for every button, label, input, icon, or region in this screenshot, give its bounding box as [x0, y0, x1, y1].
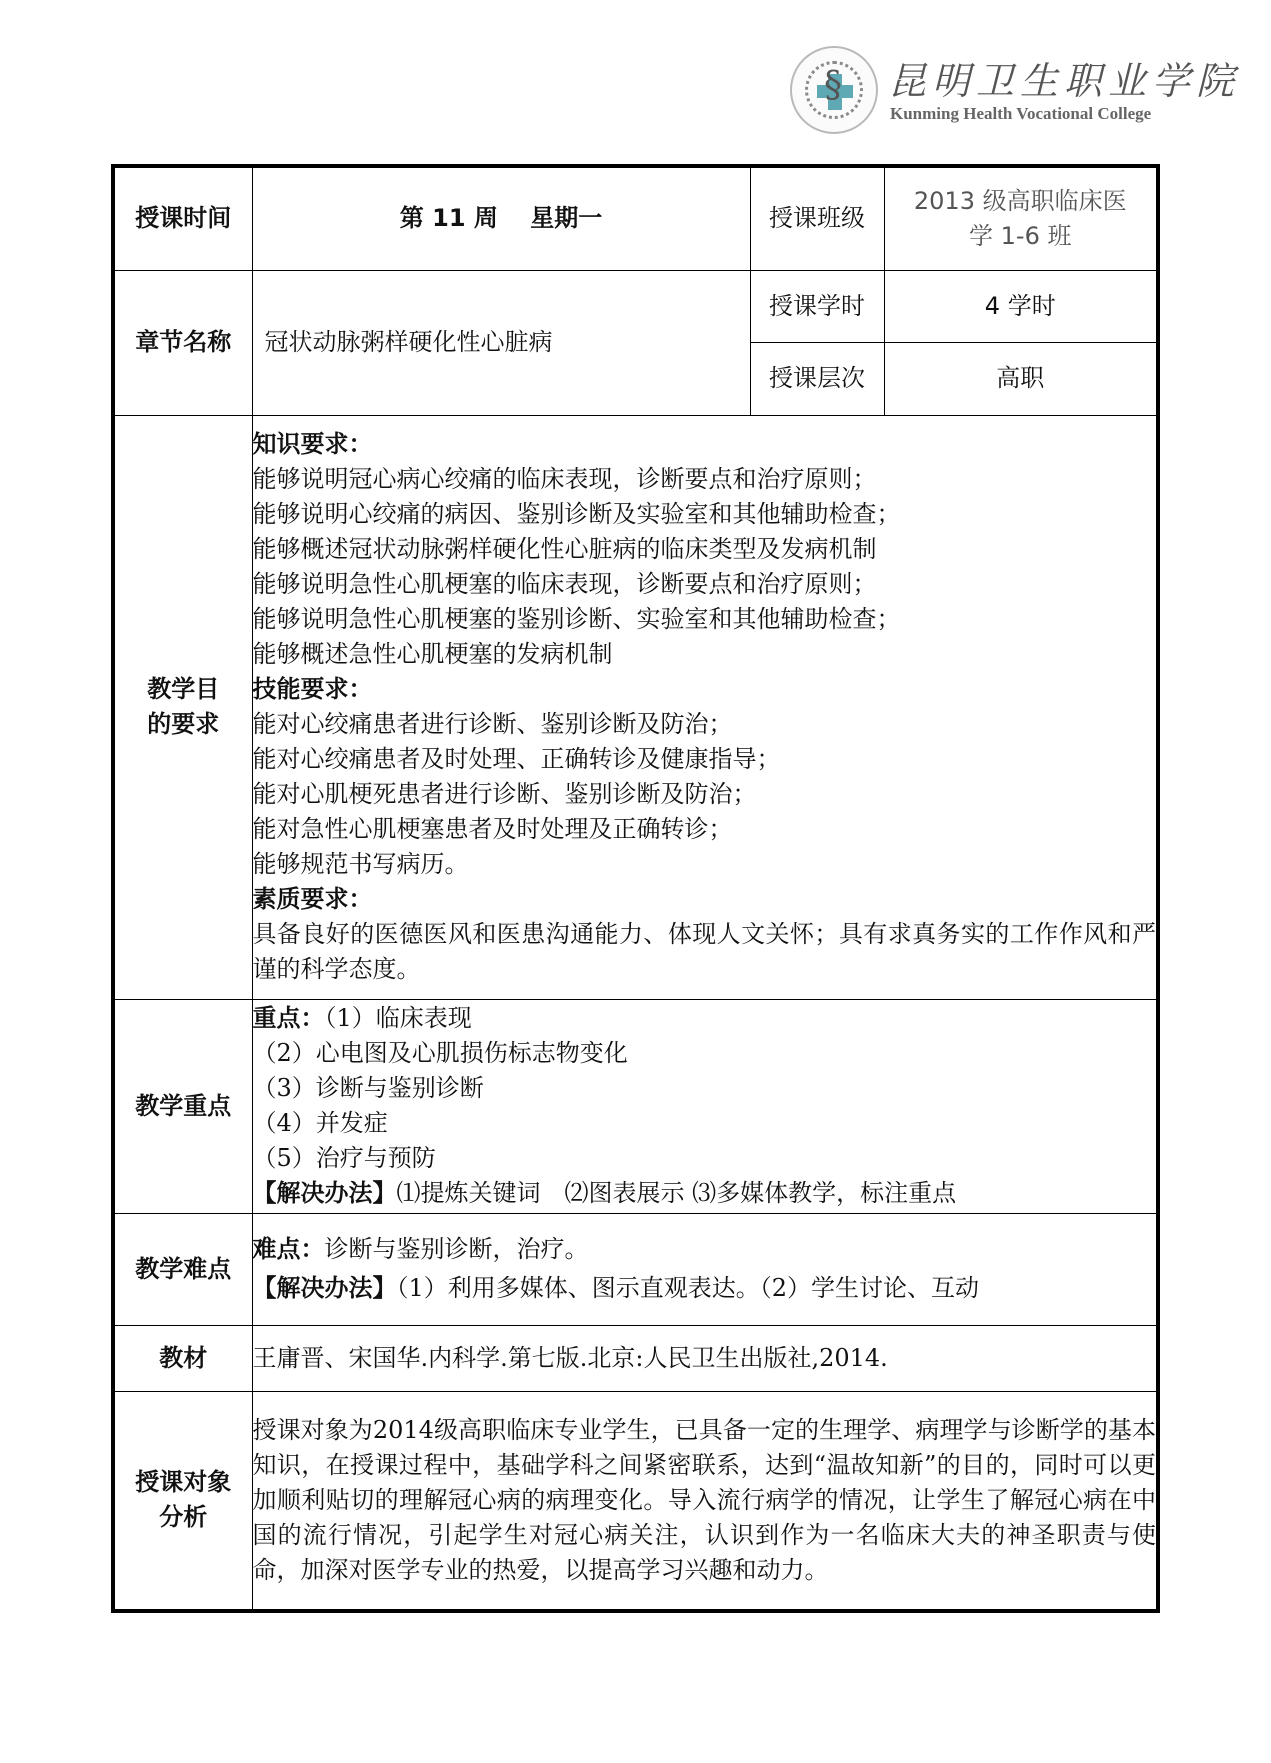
objectives-content: 知识要求： 能够说明冠心病心绞痛的临床表现，诊断要点和治疗原则； 能够说明心绞痛…	[252, 415, 1158, 999]
key-point-item: （4）并发症	[253, 1106, 1157, 1141]
logo-chinese-name: 昆明卫生职业学院	[888, 50, 1240, 105]
difficulties-text: 诊断与鉴别诊断，治疗。	[325, 1235, 589, 1263]
time-value: 第 11 周 星期一	[252, 166, 750, 270]
chapter-label: 章节名称	[113, 270, 252, 415]
difficulties-content: 难点：诊断与鉴别诊断，治疗。 【解决办法】（1）利用多媒体、图示直观表达。（2）…	[252, 1213, 1158, 1325]
row-chapter: 章节名称 冠状动脉粥样硬化性心脏病 授课学时 4 学时	[113, 270, 1158, 342]
difficulties-solution-text: （1）利用多媒体、图示直观表达。（2）学生讨论、互动	[397, 1274, 980, 1302]
college-logo: § 昆明卫生职业学院 Kunming Health Vocational Col…	[790, 46, 1190, 136]
chapter-value: 冠状动脉粥样硬化性心脏病	[252, 270, 750, 415]
row-objectives: 教学目的要求 知识要求： 能够说明冠心病心绞痛的临床表现，诊断要点和治疗原则； …	[113, 415, 1158, 999]
row-time: 授课时间 第 11 周 星期一 授课班级 2013 级高职临床医学 1-6 班	[113, 166, 1158, 270]
audience-label: 授课对象分析	[113, 1391, 252, 1611]
logo-english-name: Kunming Health Vocational College	[890, 104, 1151, 124]
level-value: 高职	[884, 342, 1158, 415]
hours-label: 授课学时	[750, 270, 884, 342]
key-points-content: 重点：（1）临床表现 （2）心电图及心肌损伤标志物变化 （3）诊断与鉴别诊断 （…	[252, 999, 1158, 1213]
key-points-label: 教学重点	[113, 999, 252, 1213]
key-point-item: （2）心电图及心肌损伤标志物变化	[253, 1036, 1157, 1071]
key-point-item: （1）临床表现	[325, 1004, 472, 1032]
textbook-label: 教材	[113, 1325, 252, 1391]
row-audience: 授课对象分析 授课对象为2014级高职临床专业学生，已具备一定的生理学、病理学与…	[113, 1391, 1158, 1611]
audience-content: 授课对象为2014级高职临床专业学生，已具备一定的生理学、病理学与诊断学的基本知…	[252, 1391, 1158, 1611]
difficulties-title: 难点：	[253, 1235, 325, 1263]
knowledge-item: 能够说明心绞痛的病因、鉴别诊断及实验室和其他辅助检查；	[253, 497, 1157, 532]
objectives-label: 教学目的要求	[113, 415, 252, 999]
knowledge-item: 能够说明冠心病心绞痛的临床表现，诊断要点和治疗原则；	[253, 462, 1157, 497]
skill-title: 技能要求：	[253, 672, 1157, 707]
skill-item: 能够规范书写病历。	[253, 847, 1157, 882]
knowledge-item: 能够说明急性心肌梗塞的鉴别诊断、实验室和其他辅助检查；	[253, 602, 1157, 637]
hours-value: 4 学时	[884, 270, 1158, 342]
row-difficulties: 教学难点 难点：诊断与鉴别诊断，治疗。 【解决办法】（1）利用多媒体、图示直观表…	[113, 1213, 1158, 1325]
row-key-points: 教学重点 重点：（1）临床表现 （2）心电图及心肌损伤标志物变化 （3）诊断与鉴…	[113, 999, 1158, 1213]
quality-text: 具备良好的医德医风和医患沟通能力、体现人文关怀；具有求真务实的工作作风和严谨的科…	[253, 917, 1157, 987]
knowledge-item: 能够概述冠状动脉粥样硬化性心脏病的临床类型及发病机制	[253, 532, 1157, 567]
knowledge-title: 知识要求：	[253, 427, 1157, 462]
audience-text: 授课对象为2014级高职临床专业学生，已具备一定的生理学、病理学与诊断学的基本知…	[253, 1413, 1157, 1588]
skill-item: 能对心肌梗死患者进行诊断、鉴别诊断及防治；	[253, 777, 1157, 812]
skill-item: 能对心绞痛患者及时处理、正确转诊及健康指导；	[253, 742, 1157, 777]
knowledge-item: 能够说明急性心肌梗塞的临床表现，诊断要点和治疗原则；	[253, 567, 1157, 602]
time-label: 授课时间	[113, 166, 252, 270]
skill-item: 能对急性心肌梗塞患者及时处理及正确转诊；	[253, 812, 1157, 847]
knowledge-item: 能够概述急性心肌梗塞的发病机制	[253, 637, 1157, 672]
key-solution-text: ⑴提炼关键词 ⑵图表展示 ⑶多媒体教学，标注重点	[397, 1179, 957, 1207]
class-value: 2013 级高职临床医学 1-6 班	[884, 166, 1158, 270]
key-points-title: 重点：	[253, 1004, 325, 1032]
difficulties-label: 教学难点	[113, 1213, 252, 1325]
class-label: 授课班级	[750, 166, 884, 270]
college-seal-icon: §	[790, 46, 878, 134]
difficulties-solution-title: 【解决办法】	[253, 1274, 397, 1302]
key-solution-title: 【解决办法】	[253, 1179, 397, 1207]
quality-title: 素质要求：	[253, 882, 1157, 917]
textbook-text: 王庸晋、宋国华.内科学.第七版.北京:人民卫生出版社,2014.	[252, 1325, 1158, 1391]
key-point-item: （5）治疗与预防	[253, 1141, 1157, 1176]
key-point-item: （3）诊断与鉴别诊断	[253, 1071, 1157, 1106]
level-label: 授课层次	[750, 342, 884, 415]
row-textbook: 教材 王庸晋、宋国华.内科学.第七版.北京:人民卫生出版社,2014.	[113, 1325, 1158, 1391]
lesson-plan-table: 授课时间 第 11 周 星期一 授课班级 2013 级高职临床医学 1-6 班 …	[111, 164, 1160, 1613]
skill-item: 能对心绞痛患者进行诊断、鉴别诊断及防治；	[253, 707, 1157, 742]
